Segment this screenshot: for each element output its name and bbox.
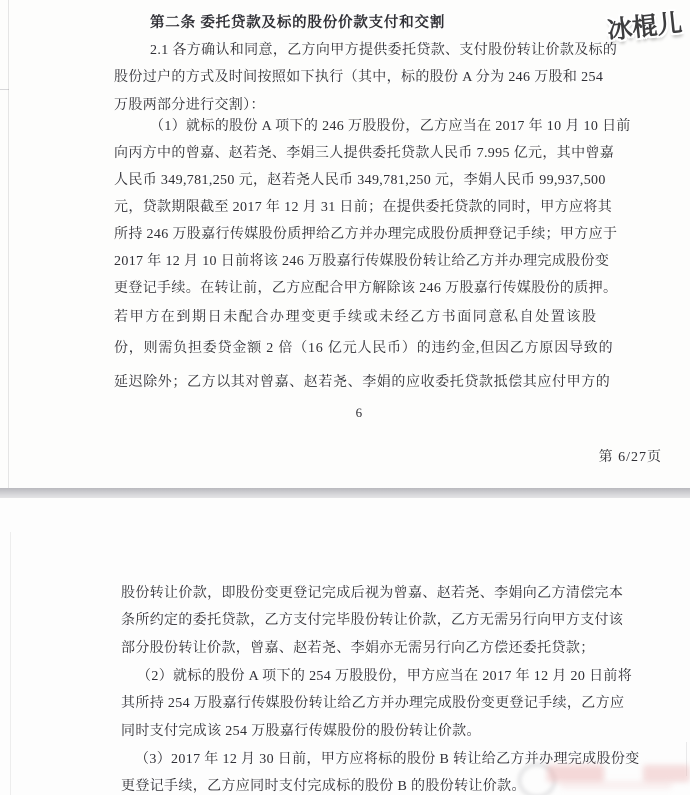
page2-edge-line (10, 532, 11, 795)
doc-line: 2.1 各方确认和同意，乙方向甲方提供委托贷款、支付股份转让价款及标的 (150, 39, 617, 59)
doc-line: 2017 年 12 月 10 日前将该 246 万股嘉行传媒股份转让给乙方并办理… (114, 250, 609, 270)
page-footer: 第 6/27页 (599, 446, 662, 466)
doc-line: 更登记手续。在转让前，乙方应配合甲方解除该 246 万股嘉行传媒股份的质押。 (114, 277, 617, 297)
doc-line: 股份转让价款，即股份变更登记完成后视为曾嘉、赵若尧、李娟向乙方清偿完本 (121, 582, 623, 602)
doc-line: 延迟除外；乙方以其对曾嘉、赵若尧、李娟的应收委托贷款抵偿其应付甲方的 (114, 371, 610, 391)
page1-corner-tick (0, 89, 9, 90)
redaction-blur (643, 765, 690, 782)
clause-heading: 第二条 委托贷款及标的股份价款支付和交割 (150, 11, 445, 32)
doc-line: 更登记手续，乙方应同时支付完成标的股份 B 的股份转让价款。 (121, 775, 526, 795)
doc-line: 股份过户的方式及时间按照如下执行（其中，标的股份 A 分为 246 万股和 25… (114, 66, 603, 86)
doc-line: 同时支付完成该 254 万股嘉行传媒股份的股份转让价款。 (121, 720, 481, 740)
doc-line: 部分股份转让价款，曾嘉、赵若尧、李娟亦无需另行向乙方偿还委托贷款； (121, 637, 595, 657)
doc-line: 若甲方在到期日未配合办理变更手续或未经乙方书面同意私自处置该股 (114, 306, 598, 326)
doc-line: （1）就标的股份 A 项下的 246 万股股份，乙方应当在 2017 年 10 … (150, 115, 631, 135)
doc-line: 向丙方中的曾嘉、赵若尧、李娟三人提供委托贷款人民币 7.995 亿元，其中曾嘉 (114, 142, 614, 162)
doc-line: 份，则需负担委贷金额 2 倍（16 亿元人民币）的违约金,但因乙方原因导致的 (114, 337, 613, 357)
doc-line: 万股两部分进行交割）： (114, 94, 265, 114)
doc-line: 人民币 349,781,250 元，赵若尧人民币 349,781,250 元，李… (114, 169, 606, 189)
page-divider (0, 488, 690, 498)
page-number: 6 (114, 405, 604, 421)
doc-line: （2）就标的股份 A 项下的 254 万股股份，甲方应当在 2017 年 12 … (137, 665, 632, 685)
doc-line: 其所持 254 万股嘉行传媒股份转让给乙方并办理完成股份变更登记手续，乙方应 (121, 692, 624, 712)
doc-line: 所持 246 万股嘉行传媒股份质押给乙方并办理完成股份质押登记手续；甲方应于 (114, 223, 617, 243)
doc-line: 元，贷款期限截至 2017 年 12 月 31 日前；在提供委托贷款的同时，甲方… (114, 196, 612, 216)
doc-line: 条所约定的委托贷款，乙方支付完毕股份转让价款，乙方无需另行向甲方支付该 (121, 609, 623, 629)
redaction-blur (560, 781, 672, 789)
page1-edge-line (8, 0, 9, 488)
redaction-blur (547, 765, 604, 782)
